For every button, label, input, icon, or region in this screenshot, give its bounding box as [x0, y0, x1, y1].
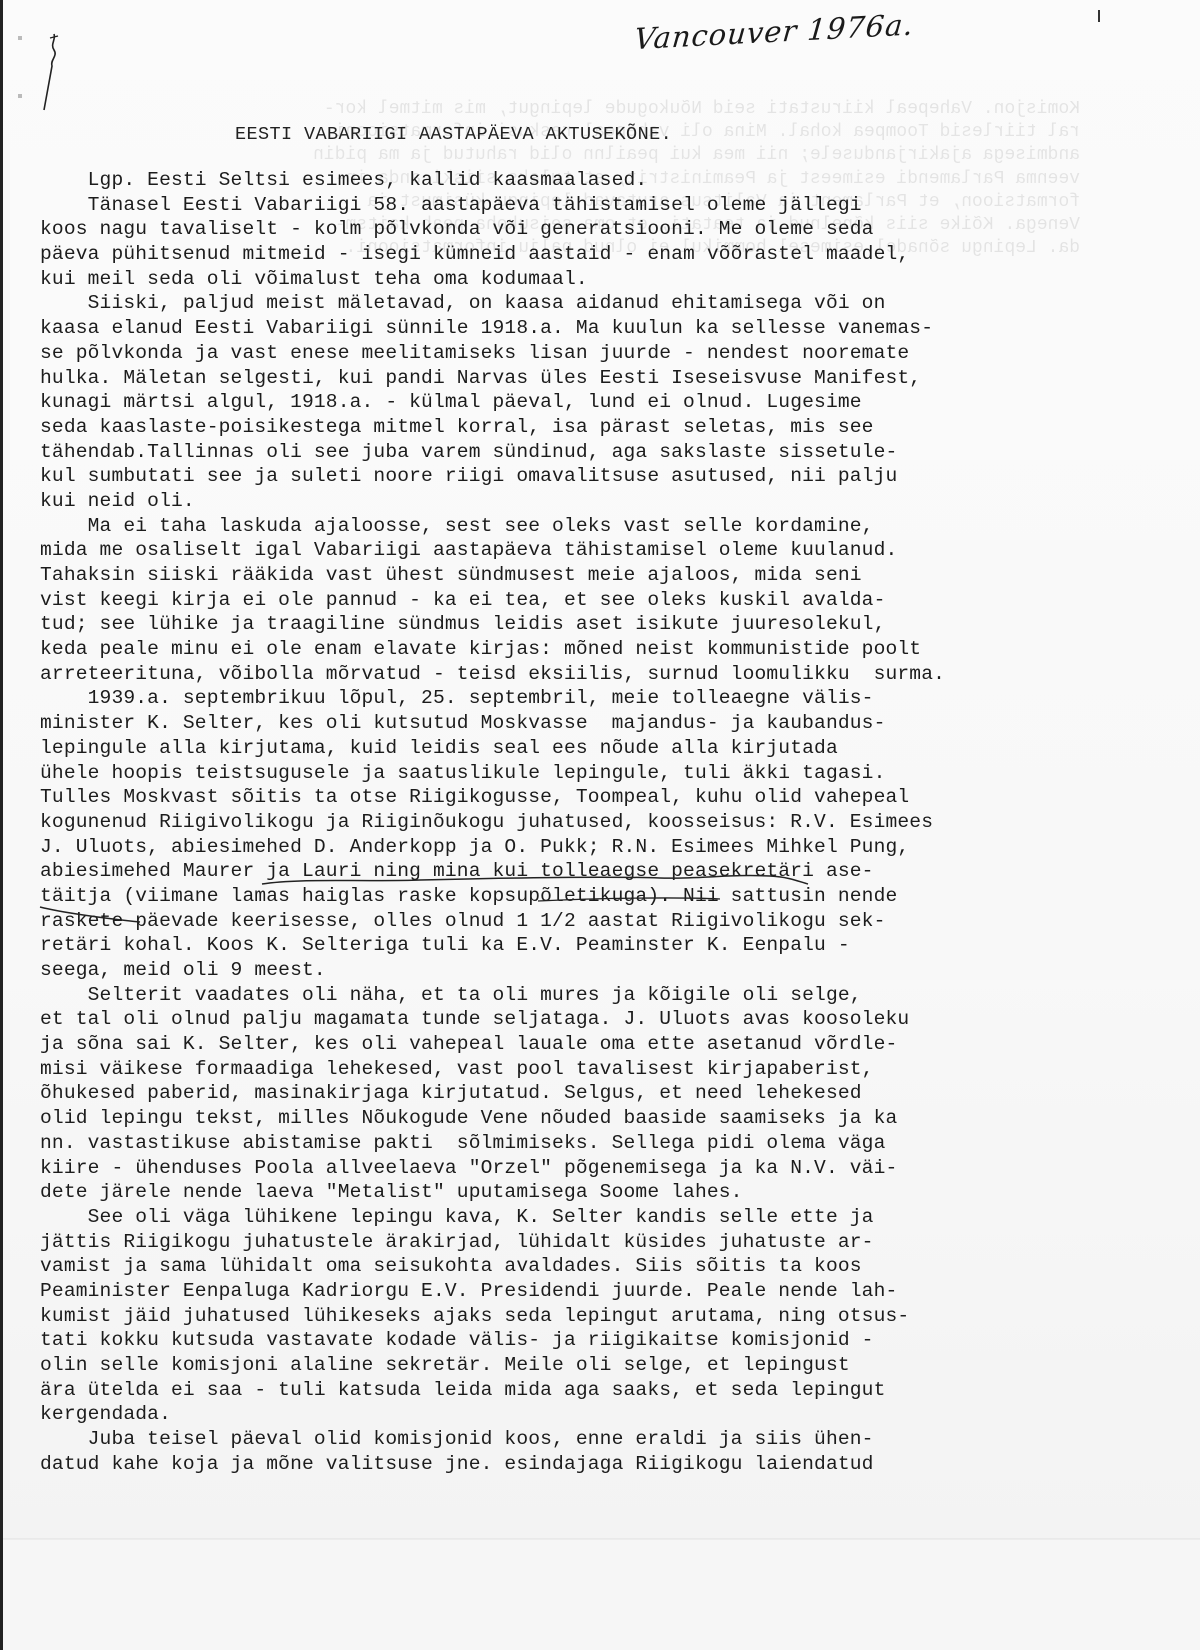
text-line: mida me osaliselt igal Vabariigi aastapä… — [40, 538, 1140, 563]
scan-left-border — [0, 0, 3, 1650]
text-line: Peaminister Eenpaluga Kadriorgu E.V. Pre… — [40, 1279, 1140, 1304]
text-line: seda kaaslaste-poisikestega mitmel korra… — [40, 415, 1140, 440]
margin-pen-mark-icon — [14, 30, 64, 120]
text-line: kogunenud Riigivolikogu ja Riiginõukogu … — [40, 810, 1140, 835]
text-line: kui meil seda oli võimalust teha oma kod… — [40, 267, 1140, 292]
text-line: kaasa elanud Eesti Vabariigi sünnile 191… — [40, 316, 1140, 341]
text-line: seega, meid oli 9 meest. — [40, 958, 1140, 983]
scanner-background — [0, 1540, 1200, 1650]
text-line: kui neid oli. — [40, 489, 1140, 514]
text-line: tud; see lühike ja traagiline sündmus le… — [40, 612, 1140, 637]
page-title: EESTI VABARIIGI AASTAPÄEVA AKTUSEKÕNE. — [235, 124, 672, 145]
text-line: minister K. Selter, kes oli kutsutud Mos… — [40, 711, 1140, 736]
text-line: et tal oli olnud palju magamata tunde se… — [40, 1007, 1140, 1032]
text-line: kumist jäid juhatused lühikeseks ajaks s… — [40, 1304, 1140, 1329]
stray-pen-mark — [1098, 10, 1100, 22]
text-line: ära ütelda ei saa - tuli katsuda leida m… — [40, 1378, 1140, 1403]
text-line: retäri kohal. Koos K. Selteriga tuli ka … — [40, 933, 1140, 958]
text-line: vist keegi kirja ei ole pannud - ka ei t… — [40, 588, 1140, 613]
text-line: Ma ei taha laskuda ajaloosse, sest see o… — [40, 514, 1140, 539]
text-line: Siiski, paljud meist mäletavad, on kaasa… — [40, 291, 1140, 316]
text-line: Lgp. Eesti Seltsi esimees, kallid kaasma… — [40, 168, 1140, 193]
text-line: vamist ja sama lühidalt oma seisukohta a… — [40, 1254, 1140, 1279]
text-line: õhukesed paberid, masinakirjaga kirjutat… — [40, 1081, 1140, 1106]
text-line: Tulles Moskvast sõitis ta otse Riigikogu… — [40, 785, 1140, 810]
text-line: misi väikese formaadiga lehekesed, vast … — [40, 1057, 1140, 1082]
text-line: arreteerituna, võibolla mõrvatud - teisd… — [40, 662, 1140, 687]
text-line: raskete päevade keerisesse, olles olnud … — [40, 909, 1140, 934]
text-line: päeva pühitsenud mitmeid - isegi kümneid… — [40, 242, 1140, 267]
text-line: tähendab.Tallinnas oli see juba varem sü… — [40, 440, 1140, 465]
text-line: tati kokku kutsuda vastavate kodade väli… — [40, 1328, 1140, 1353]
text-line: keda peale minu ei ole enam elavate kirj… — [40, 637, 1140, 662]
text-line: täitja (viimane lamas haiglas raske kops… — [40, 884, 1140, 909]
text-line: kul sumbutati see ja suleti noore riigi … — [40, 464, 1140, 489]
typewritten-body: Lgp. Eesti Seltsi esimees, kallid kaasma… — [40, 168, 1140, 1476]
text-line: dete järele nende laeva "Metalist" uputa… — [40, 1180, 1140, 1205]
text-line: Tänasel Eesti Vabariigi 58. aastapäeva t… — [40, 193, 1140, 218]
text-line: Selterit vaadates oli näha, et ta oli mu… — [40, 983, 1140, 1008]
text-line: abiesimehed Maurer ja Lauri ning mina ku… — [40, 859, 1140, 884]
text-line: Tahaksin siiski rääkida vast ühest sündm… — [40, 563, 1140, 588]
text-line: 1939.a. septembrikuu lõpul, 25. septembr… — [40, 686, 1140, 711]
text-line: se põlvkonda ja vast enese meelitamiseks… — [40, 341, 1140, 366]
text-line: kiire - ühenduses Poola allveelaeva "Orz… — [40, 1156, 1140, 1181]
text-line: J. Uluots, abiesimehed D. Anderkopp ja O… — [40, 835, 1140, 860]
text-line: jättis Riigikogu juhatustele ärakirjad, … — [40, 1230, 1140, 1255]
text-line: ja sõna sai K. Selter, kes oli vahepeal … — [40, 1032, 1140, 1057]
text-line: olin selle komisjoni alaline sekretär. M… — [40, 1353, 1140, 1378]
text-line: kunagi märtsi algul, 1918.a. - külmal pä… — [40, 390, 1140, 415]
text-line: kergendada. — [40, 1402, 1140, 1427]
text-line: See oli väga lühikene lepingu kava, K. S… — [40, 1205, 1140, 1230]
text-line: hulka. Mäletan selgesti, kui pandi Narva… — [40, 366, 1140, 391]
text-line: datud kahe koja ja mõne valitsuse jne. e… — [40, 1452, 1140, 1477]
text-line: ühele hoopis teistsugusele ja saatusliku… — [40, 761, 1140, 786]
text-line: Juba teisel päeval olid komisjonid koos,… — [40, 1427, 1140, 1452]
text-line: lepingule alla kirjutama, kuid leidis se… — [40, 736, 1140, 761]
text-line: nn. vastastikuse abistamise pakti sõlmim… — [40, 1131, 1140, 1156]
text-line: olid lepingu tekst, milles Nõukogude Ven… — [40, 1106, 1140, 1131]
text-line: koos nagu tavaliselt - kolm põlvkonda võ… — [40, 217, 1140, 242]
